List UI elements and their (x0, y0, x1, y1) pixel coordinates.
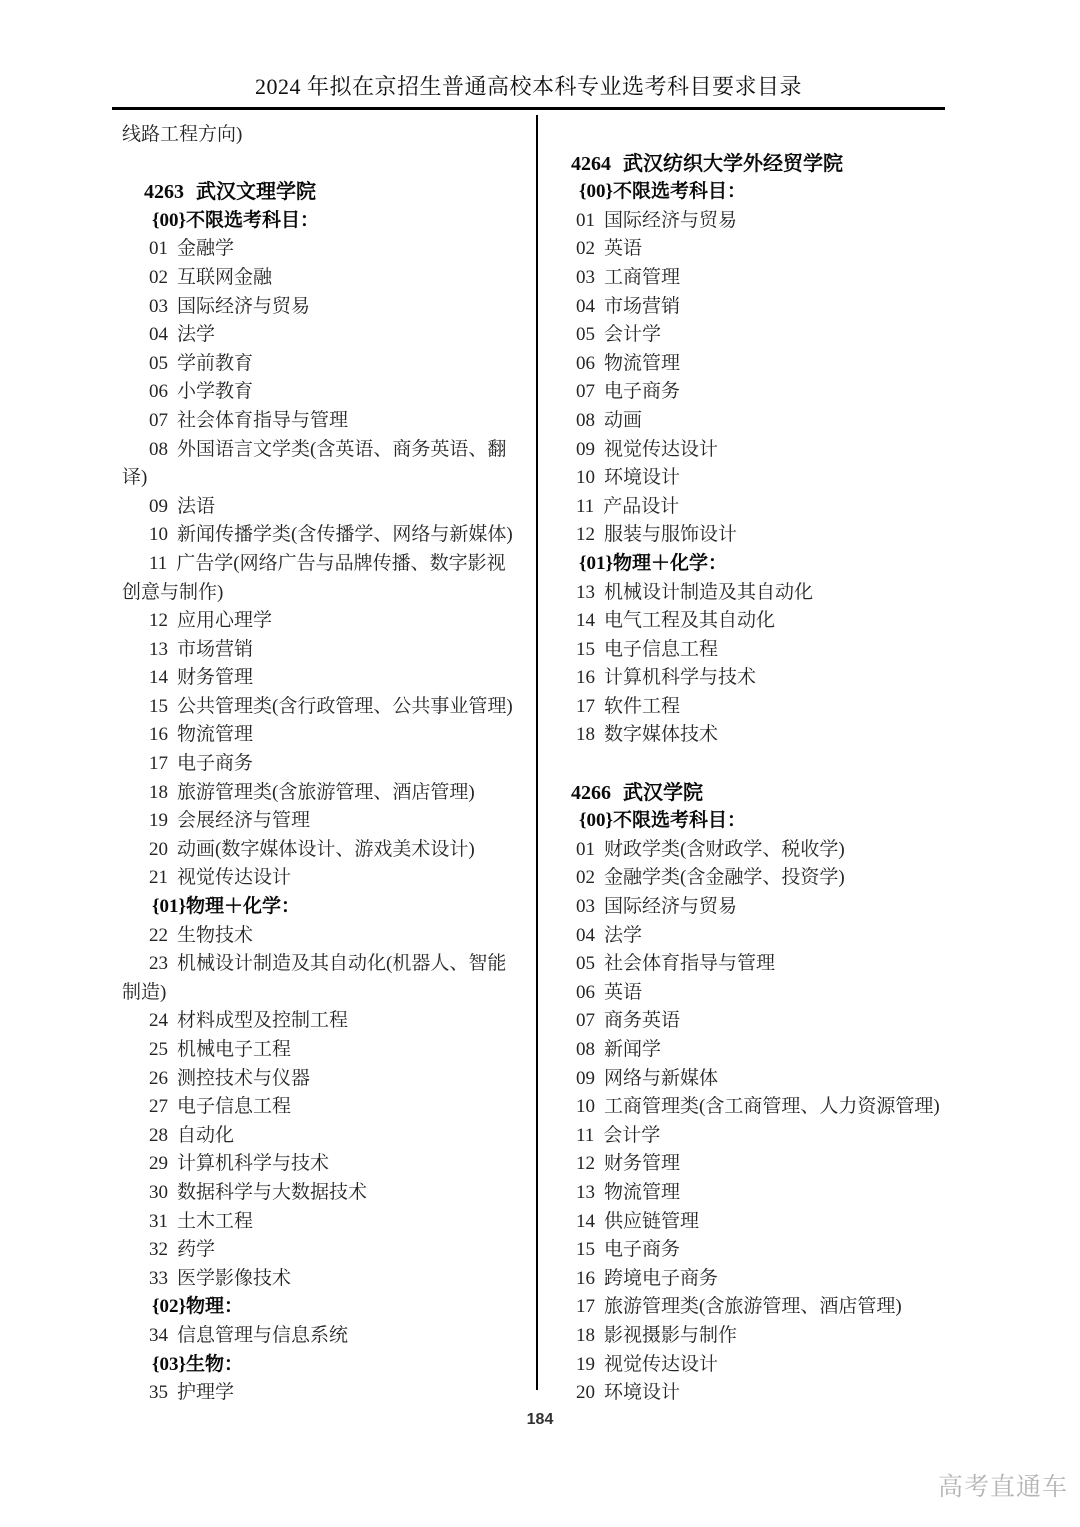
major-line: 16计算机科学与技术 (549, 664, 945, 693)
major-line: 08动画 (549, 407, 945, 436)
major-name: 网络与新媒体 (604, 1068, 718, 1089)
major-line: 26测控技术与仪器 (122, 1065, 536, 1094)
major-number: 14 (576, 607, 595, 636)
major-line: 33医学影像技术 (122, 1265, 536, 1294)
major-name: 材料成型及控制工程 (177, 1010, 348, 1031)
major-line: 01国际经济与贸易 (549, 207, 945, 236)
major-number: 18 (576, 1322, 595, 1351)
major-number: 02 (576, 864, 595, 893)
major-name: 小学教育 (177, 381, 253, 402)
major-number: 23 (149, 950, 168, 979)
major-line: 16跨境电子商务 (549, 1265, 945, 1294)
major-line: 08外国语言文学类(含英语、商务英语、翻 (122, 436, 536, 465)
major-number: 07 (576, 378, 595, 407)
major-number: 12 (576, 521, 595, 550)
major-number: 18 (149, 779, 168, 808)
major-line: 06英语 (549, 979, 945, 1008)
major-name: 国际经济与贸易 (604, 210, 737, 231)
major-number: 29 (149, 1150, 168, 1179)
major-number: 21 (149, 864, 168, 893)
major-line: 22生物技术 (122, 922, 536, 951)
major-line: 14财务管理 (122, 664, 536, 693)
school-name: 武汉学院 (623, 782, 703, 804)
major-line: 15公共管理类(含行政管理、公共事业管理) (122, 693, 536, 722)
major-line: 07商务英语 (549, 1007, 945, 1036)
major-name: 信息管理与信息系统 (177, 1325, 348, 1346)
major-name: 环境设计 (604, 467, 680, 488)
major-line: 15电子信息工程 (549, 636, 945, 665)
major-line: 05社会体育指导与管理 (549, 950, 945, 979)
school-header: 4263武汉文理学院 (122, 178, 536, 207)
major-number: 13 (576, 1179, 595, 1208)
major-number: 13 (149, 636, 168, 665)
school-code: 4264 (571, 150, 611, 179)
major-name: 影视摄影与制作 (604, 1325, 737, 1346)
school-code: 4263 (144, 178, 184, 207)
major-number: 01 (576, 836, 595, 865)
group-header: {00}不限选考科目： (549, 178, 945, 207)
major-line: 27电子信息工程 (122, 1093, 536, 1122)
major-number: 17 (576, 1293, 595, 1322)
major-line: 16物流管理 (122, 721, 536, 750)
major-number: 17 (576, 693, 595, 722)
major-name: 数据科学与大数据技术 (177, 1182, 367, 1203)
major-number: 14 (149, 664, 168, 693)
major-line: 23机械设计制造及其自动化(机器人、智能 (122, 950, 536, 979)
major-number: 07 (576, 1007, 595, 1036)
major-line: 05会计学 (549, 321, 945, 350)
major-number: 12 (149, 607, 168, 636)
major-number: 08 (576, 407, 595, 436)
major-line: 18数字媒体技术 (549, 721, 945, 750)
major-line: 12财务管理 (549, 1150, 945, 1179)
major-line: 11会计学 (549, 1122, 945, 1151)
major-name: 自动化 (177, 1125, 234, 1146)
major-line: 30数据科学与大数据技术 (122, 1179, 536, 1208)
major-line: 02互联网金融 (122, 264, 536, 293)
major-name: 会计学 (604, 324, 661, 345)
school-code: 4266 (571, 779, 611, 808)
group-header: {03}生物： (122, 1351, 536, 1380)
major-line: 20动画(数字媒体设计、游戏美术设计) (122, 836, 536, 865)
major-continuation: 译) (122, 464, 536, 493)
major-number: 18 (576, 721, 595, 750)
major-name: 电子商务 (604, 381, 680, 402)
major-name: 供应链管理 (604, 1211, 699, 1232)
major-line: 09网络与新媒体 (549, 1065, 945, 1094)
major-line: 21视觉传达设计 (122, 864, 536, 893)
major-name: 财务管理 (604, 1153, 680, 1174)
major-line: 14电气工程及其自动化 (549, 607, 945, 636)
major-name: 旅游管理类(含旅游管理、酒店管理) (604, 1296, 902, 1317)
major-line: 20环境设计 (549, 1379, 945, 1408)
major-name: 金融学类(含金融学、投资学) (604, 867, 845, 888)
major-line: 08新闻学 (549, 1036, 945, 1065)
major-number: 08 (576, 1036, 595, 1065)
major-name: 金融学 (177, 238, 234, 259)
major-number: 03 (149, 293, 168, 322)
major-line: 28自动化 (122, 1122, 536, 1151)
school-header: 4264武汉纺织大学外经贸学院 (549, 150, 945, 179)
major-line: 02金融学类(含金融学、投资学) (549, 864, 945, 893)
right-column: 4264武汉纺织大学外经贸学院{00}不限选考科目：01国际经济与贸易02英语0… (549, 121, 945, 1408)
major-name: 会计学 (603, 1125, 660, 1146)
major-number: 06 (576, 979, 595, 1008)
major-line: 09法语 (122, 493, 536, 522)
major-line: 03工商管理 (549, 264, 945, 293)
major-number: 31 (149, 1208, 168, 1237)
watermark: 高考直通车 (938, 1467, 1068, 1503)
major-name: 国际经济与贸易 (177, 296, 310, 317)
page-title: 2024 年拟在京招生普通高校本科专业选考科目要求目录 (112, 70, 945, 101)
major-number: 20 (576, 1379, 595, 1408)
major-line: 34信息管理与信息系统 (122, 1322, 536, 1351)
major-continuation: 制造) (122, 979, 536, 1008)
major-name: 旅游管理类(含旅游管理、酒店管理) (177, 782, 475, 803)
major-number: 05 (149, 350, 168, 379)
group-header: {01}物理＋化学： (549, 550, 945, 579)
major-number: 08 (149, 436, 168, 465)
major-name: 产品设计 (603, 496, 679, 517)
major-name: 动画 (604, 410, 642, 431)
major-line: 13机械设计制造及其自动化 (549, 579, 945, 608)
major-number: 20 (149, 836, 168, 865)
major-name: 电子商务 (604, 1239, 680, 1260)
major-line: 07社会体育指导与管理 (122, 407, 536, 436)
major-line: 01金融学 (122, 235, 536, 264)
major-name: 会展经济与管理 (177, 810, 310, 831)
group-header: {00}不限选考科目： (549, 807, 945, 836)
school-name: 武汉文理学院 (196, 181, 316, 203)
major-name: 英语 (604, 982, 642, 1003)
major-name: 土木工程 (177, 1211, 253, 1232)
major-name: 计算机科学与技术 (177, 1153, 329, 1174)
major-line: 01财政学类(含财政学、税收学) (549, 836, 945, 865)
major-name: 动画(数字媒体设计、游戏美术设计) (177, 839, 475, 860)
major-name: 商务英语 (604, 1010, 680, 1031)
major-line: 09视觉传达设计 (549, 436, 945, 465)
major-name: 软件工程 (604, 696, 680, 717)
major-name: 药学 (177, 1239, 215, 1260)
document-page: 2024 年拟在京招生普通高校本科专业选考科目要求目录 线路工程方向)4263武… (0, 0, 1080, 1527)
major-number: 16 (149, 721, 168, 750)
major-name: 物流管理 (177, 724, 253, 745)
major-number: 03 (576, 264, 595, 293)
major-line: 10工商管理类(含工商管理、人力资源管理) (549, 1093, 945, 1122)
major-name: 机械电子工程 (177, 1039, 291, 1060)
major-number: 35 (149, 1379, 168, 1408)
major-line: 17旅游管理类(含旅游管理、酒店管理) (549, 1293, 945, 1322)
major-name: 工商管理类(含工商管理、人力资源管理) (604, 1096, 940, 1117)
major-line: 04法学 (122, 321, 536, 350)
major-name: 应用心理学 (177, 610, 272, 631)
major-number: 13 (576, 579, 595, 608)
major-number: 28 (149, 1122, 168, 1151)
major-line: 17软件工程 (549, 693, 945, 722)
major-number: 11 (576, 1122, 594, 1151)
major-line: 32药学 (122, 1236, 536, 1265)
major-name: 视觉传达设计 (604, 439, 718, 460)
major-name: 生物技术 (177, 925, 253, 946)
major-number: 01 (576, 207, 595, 236)
major-name: 社会体育指导与管理 (604, 953, 775, 974)
major-name: 跨境电子商务 (604, 1268, 718, 1289)
major-name: 数字媒体技术 (604, 724, 718, 745)
group-header: {01}物理＋化学： (122, 893, 536, 922)
major-number: 10 (576, 1093, 595, 1122)
major-line: 11产品设计 (549, 493, 945, 522)
major-number: 34 (149, 1322, 168, 1351)
major-number: 02 (576, 235, 595, 264)
major-line: 13物流管理 (549, 1179, 945, 1208)
major-number: 09 (576, 1065, 595, 1094)
major-line: 19会展经济与管理 (122, 807, 536, 836)
major-number: 06 (576, 350, 595, 379)
major-name: 市场营销 (604, 296, 680, 317)
major-name: 法学 (604, 925, 642, 946)
major-name: 财政学类(含财政学、税收学) (604, 839, 845, 860)
major-line: 10新闻传播学类(含传播学、网络与新媒体) (122, 521, 536, 550)
major-line: 15电子商务 (549, 1236, 945, 1265)
major-number: 25 (149, 1036, 168, 1065)
header-rule (112, 107, 945, 110)
major-number: 10 (149, 521, 168, 550)
major-name: 财务管理 (177, 667, 253, 688)
major-name: 互联网金融 (177, 267, 272, 288)
left-column: 线路工程方向)4263武汉文理学院{00}不限选考科目：01金融学02互联网金融… (122, 121, 536, 1408)
major-line: 02英语 (549, 235, 945, 264)
major-number: 14 (576, 1208, 595, 1237)
major-number: 07 (149, 407, 168, 436)
major-name: 工商管理 (604, 267, 680, 288)
major-line: 06物流管理 (549, 350, 945, 379)
major-name: 法学 (177, 324, 215, 345)
major-name: 英语 (604, 238, 642, 259)
major-number: 09 (149, 493, 168, 522)
major-number: 04 (576, 293, 595, 322)
major-number: 26 (149, 1065, 168, 1094)
major-name: 电子商务 (177, 753, 253, 774)
major-name: 服装与服饰设计 (604, 524, 737, 545)
major-line: 29计算机科学与技术 (122, 1150, 536, 1179)
major-name: 电气工程及其自动化 (604, 610, 775, 631)
major-number: 05 (576, 950, 595, 979)
major-line: 25机械电子工程 (122, 1036, 536, 1065)
major-name: 电子信息工程 (177, 1096, 291, 1117)
page-number: 184 (0, 1411, 1080, 1429)
major-name: 学前教育 (177, 353, 253, 374)
major-name: 公共管理类(含行政管理、公共事业管理) (177, 696, 513, 717)
group-header: {02}物理： (122, 1293, 536, 1322)
major-line: 12应用心理学 (122, 607, 536, 636)
major-name: 社会体育指导与管理 (177, 410, 348, 431)
major-continuation: 创意与制作) (122, 579, 536, 608)
major-number: 24 (149, 1007, 168, 1036)
major-name: 环境设计 (604, 1382, 680, 1403)
major-name: 机械设计制造及其自动化 (604, 582, 813, 603)
major-line: 07电子商务 (549, 378, 945, 407)
major-line: 06小学教育 (122, 378, 536, 407)
major-number: 19 (576, 1351, 595, 1380)
major-line: 03国际经济与贸易 (122, 293, 536, 322)
major-name: 计算机科学与技术 (604, 667, 756, 688)
school-name: 武汉纺织大学外经贸学院 (623, 153, 843, 175)
major-number: 30 (149, 1179, 168, 1208)
major-number: 06 (149, 378, 168, 407)
major-line: 04法学 (549, 922, 945, 951)
major-name: 新闻传播学类(含传播学、网络与新媒体) (177, 524, 513, 545)
major-name: 物流管理 (604, 1182, 680, 1203)
major-number: 11 (149, 550, 167, 579)
major-name: 市场营销 (177, 639, 253, 660)
major-name: 医学影像技术 (177, 1268, 291, 1289)
major-line: 19视觉传达设计 (549, 1351, 945, 1380)
major-name: 机械设计制造及其自动化(机器人、智能 (177, 953, 506, 974)
major-number: 04 (576, 922, 595, 951)
major-number: 27 (149, 1093, 168, 1122)
major-number: 09 (576, 436, 595, 465)
column-divider (536, 115, 538, 1390)
major-number: 15 (576, 636, 595, 665)
major-line: 31土木工程 (122, 1208, 536, 1237)
major-name: 电子信息工程 (604, 639, 718, 660)
major-name: 视觉传达设计 (604, 1354, 718, 1375)
major-name: 视觉传达设计 (177, 867, 291, 888)
major-line: 10环境设计 (549, 464, 945, 493)
major-number: 05 (576, 321, 595, 350)
major-name: 护理学 (177, 1382, 234, 1403)
major-name: 外国语言文学类(含英语、商务英语、翻 (177, 439, 506, 460)
major-name: 物流管理 (604, 353, 680, 374)
major-number: 33 (149, 1265, 168, 1294)
major-name: 国际经济与贸易 (604, 896, 737, 917)
major-line: 05学前教育 (122, 350, 536, 379)
group-header: {00}不限选考科目： (122, 207, 536, 236)
major-line: 18影视摄影与制作 (549, 1322, 945, 1351)
major-line: 03国际经济与贸易 (549, 893, 945, 922)
major-number: 22 (149, 922, 168, 951)
major-name: 法语 (177, 496, 215, 517)
major-line: 12服装与服饰设计 (549, 521, 945, 550)
major-line: 13市场营销 (122, 636, 536, 665)
major-line: 04市场营销 (549, 293, 945, 322)
major-line: 18旅游管理类(含旅游管理、酒店管理) (122, 779, 536, 808)
major-number: 12 (576, 1150, 595, 1179)
major-line: 35护理学 (122, 1379, 536, 1408)
major-number: 10 (576, 464, 595, 493)
major-number: 32 (149, 1236, 168, 1265)
major-number: 11 (576, 493, 594, 522)
major-number: 17 (149, 750, 168, 779)
major-number: 16 (576, 664, 595, 693)
major-name: 新闻学 (604, 1039, 661, 1060)
major-line: 24材料成型及控制工程 (122, 1007, 536, 1036)
major-number: 01 (149, 235, 168, 264)
major-name: 测控技术与仪器 (177, 1068, 310, 1089)
major-name: 广告学(网络广告与品牌传播、数字影视 (176, 553, 505, 574)
major-line: 11广告学(网络广告与品牌传播、数字影视 (122, 550, 536, 579)
major-number: 04 (149, 321, 168, 350)
major-number: 15 (149, 693, 168, 722)
major-number: 15 (576, 1236, 595, 1265)
school-header: 4266武汉学院 (549, 779, 945, 808)
major-number: 19 (149, 807, 168, 836)
carryover-text: 线路工程方向) (122, 121, 536, 150)
major-line: 14供应链管理 (549, 1208, 945, 1237)
major-number: 03 (576, 893, 595, 922)
major-number: 02 (149, 264, 168, 293)
major-number: 16 (576, 1265, 595, 1294)
major-line: 17电子商务 (122, 750, 536, 779)
